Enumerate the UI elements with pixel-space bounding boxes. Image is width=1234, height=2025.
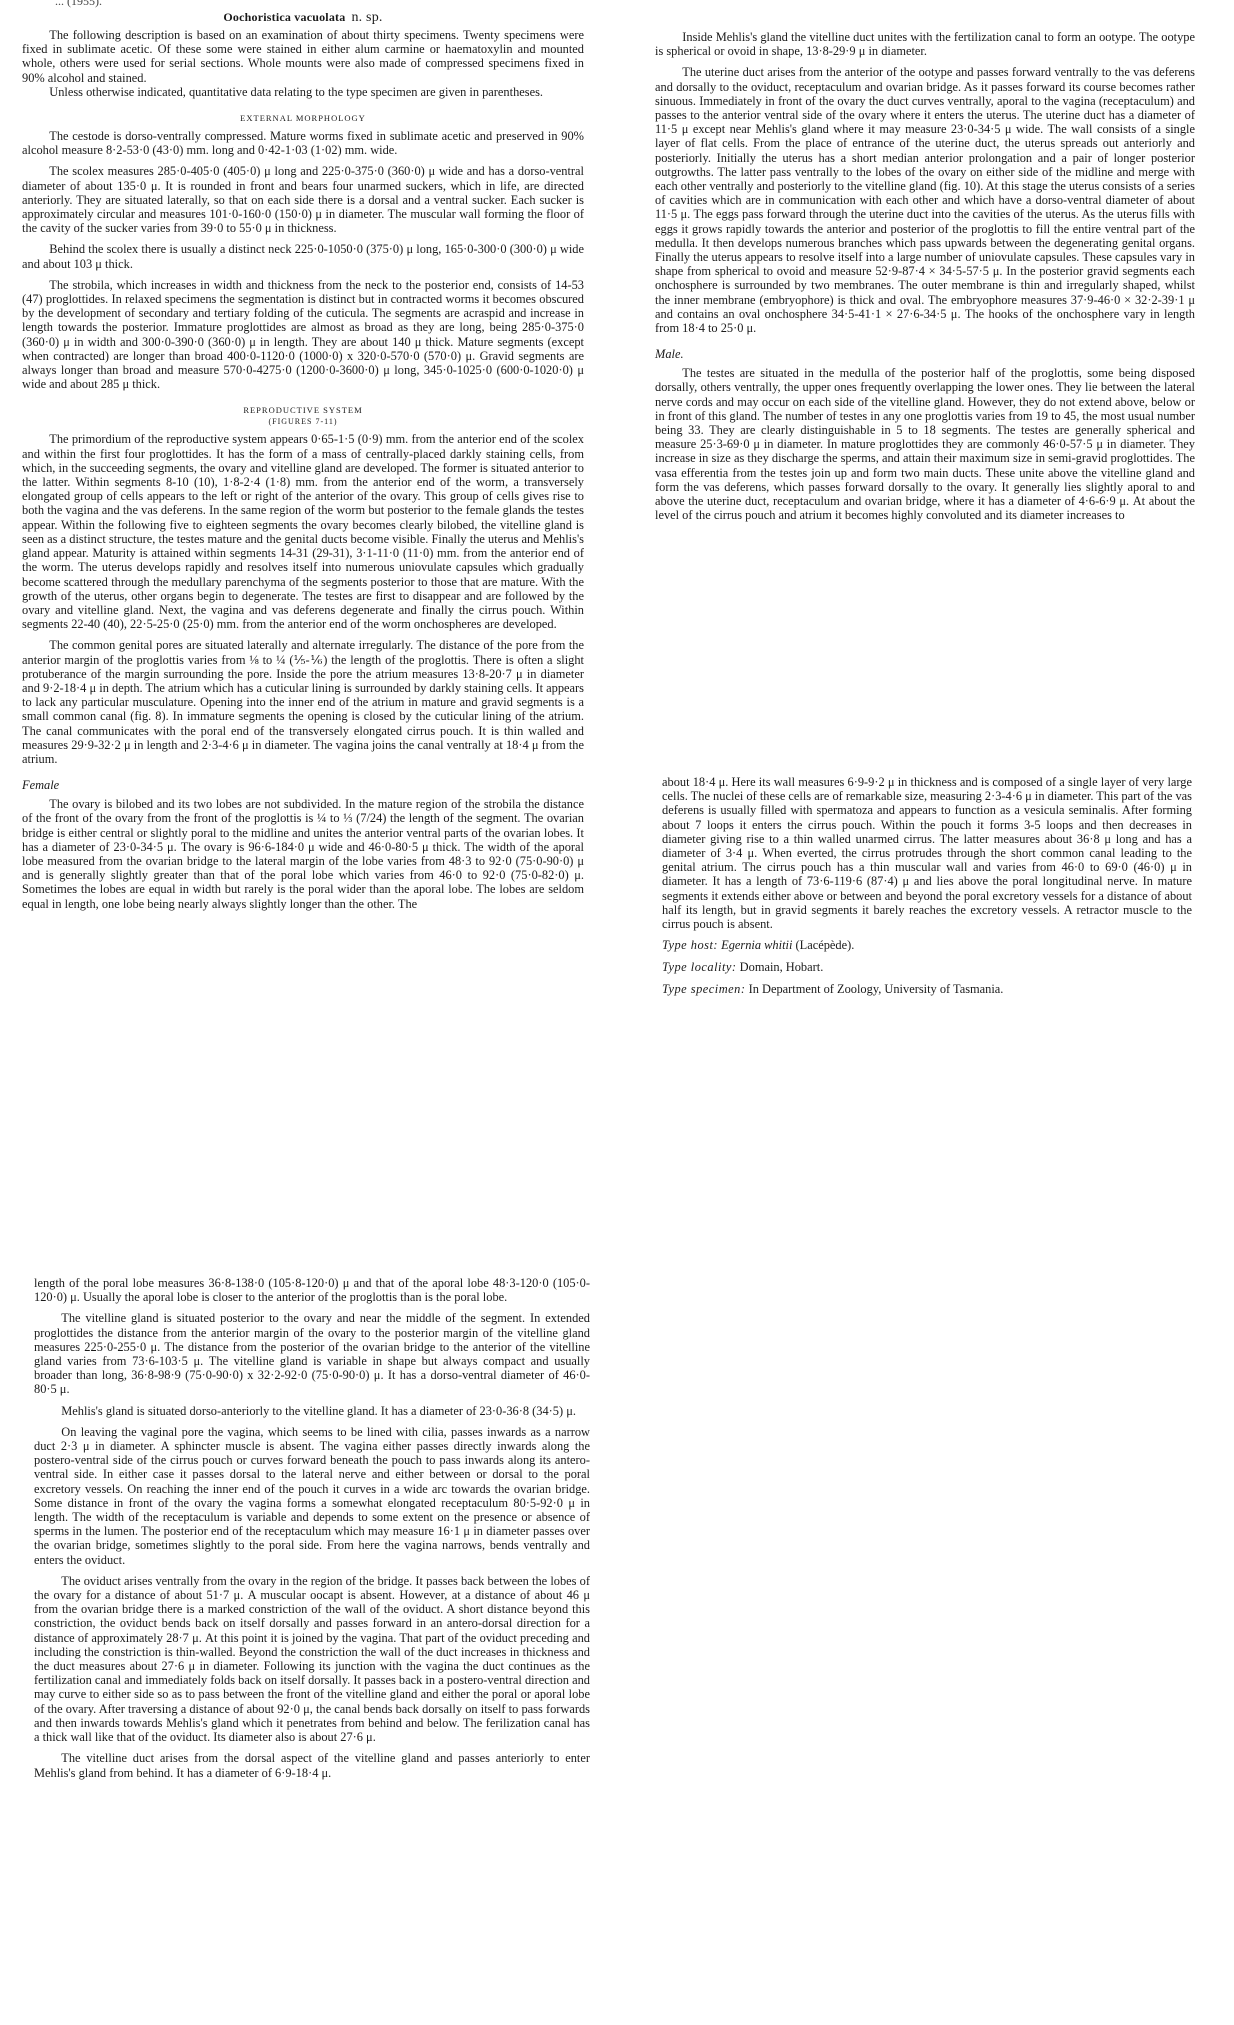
lower-left-column: length of the poral lobe measures 36·8-1… bbox=[34, 1276, 590, 1780]
body-paragraph: about 18·4 μ. Here its wall measures 6·9… bbox=[662, 775, 1192, 931]
body-paragraph: The scolex measures 285·0-405·0 (405·0) … bbox=[22, 164, 584, 235]
body-paragraph: The primordium of the reproductive syste… bbox=[22, 432, 584, 631]
body-paragraph: length of the poral lobe measures 36·8-1… bbox=[34, 1276, 590, 1304]
species-title: Oochoristica vacuolatan. sp. bbox=[22, 10, 584, 26]
type-host-label: Type host: bbox=[662, 938, 718, 952]
body-paragraph: The common genital pores are situated la… bbox=[22, 638, 584, 766]
type-locality-label: Type locality: bbox=[662, 960, 737, 974]
section-heading-external-morphology: External Morphology bbox=[22, 113, 584, 123]
body-paragraph: The cestode is dorso-ventrally compresse… bbox=[22, 129, 584, 157]
type-host-species: Egernia whitii bbox=[721, 938, 792, 952]
type-locality-value: Domain, Hobart. bbox=[740, 960, 824, 974]
body-paragraph: The vitelline gland is situated posterio… bbox=[34, 1311, 590, 1396]
body-paragraph: The ovary is bilobed and its two lobes a… bbox=[22, 797, 584, 911]
body-paragraph: The oviduct arises ventrally from the ov… bbox=[34, 1574, 590, 1744]
type-specimen-line: Type specimen: In Department of Zoology,… bbox=[662, 982, 1192, 997]
body-paragraph: The vitelline duct arises from the dorsa… bbox=[34, 1751, 590, 1779]
section-heading-male: Male. bbox=[655, 347, 1195, 362]
species-name: Oochoristica vacuolata bbox=[223, 10, 345, 24]
new-species-suffix: n. sp. bbox=[351, 10, 382, 25]
type-host-line: Type host: Egernia whitii (Lacépède). bbox=[662, 938, 1192, 953]
body-paragraph: The testes are situated in the medulla o… bbox=[655, 366, 1195, 522]
body-paragraph: Mehlis's gland is situated dorso-anterio… bbox=[34, 1404, 590, 1418]
body-paragraph: The strobila, which increases in width a… bbox=[22, 278, 584, 392]
type-locality-line: Type locality: Domain, Hobart. bbox=[662, 960, 1192, 975]
type-host-authority: (Lacépède). bbox=[796, 938, 855, 952]
section-heading-reproductive-system: Reproductive System bbox=[22, 405, 584, 415]
left-column: Oochoristica vacuolatan. sp. The followi… bbox=[22, 6, 584, 911]
type-specimen-value: In Department of Zoology, University of … bbox=[749, 982, 1004, 996]
intro-paragraph: The following description is based on an… bbox=[22, 28, 584, 85]
right-column: Inside Mehlis's gland the vitelline duct… bbox=[655, 30, 1195, 523]
right-column-continued: about 18·4 μ. Here its wall measures 6·9… bbox=[662, 775, 1192, 997]
body-paragraph: Inside Mehlis's gland the vitelline duct… bbox=[655, 30, 1195, 58]
figures-reference: (FIGURES 7-11) bbox=[22, 417, 584, 426]
body-paragraph: The uterine duct arises from the anterio… bbox=[655, 65, 1195, 335]
type-specimen-label: Type specimen: bbox=[662, 982, 746, 996]
intro-paragraph: Unless otherwise indicated, quantitative… bbox=[22, 85, 584, 99]
section-heading-female: Female bbox=[22, 778, 584, 793]
body-paragraph: On leaving the vaginal pore the vagina, … bbox=[34, 1425, 590, 1567]
body-paragraph: Behind the scolex there is usually a dis… bbox=[22, 242, 584, 270]
